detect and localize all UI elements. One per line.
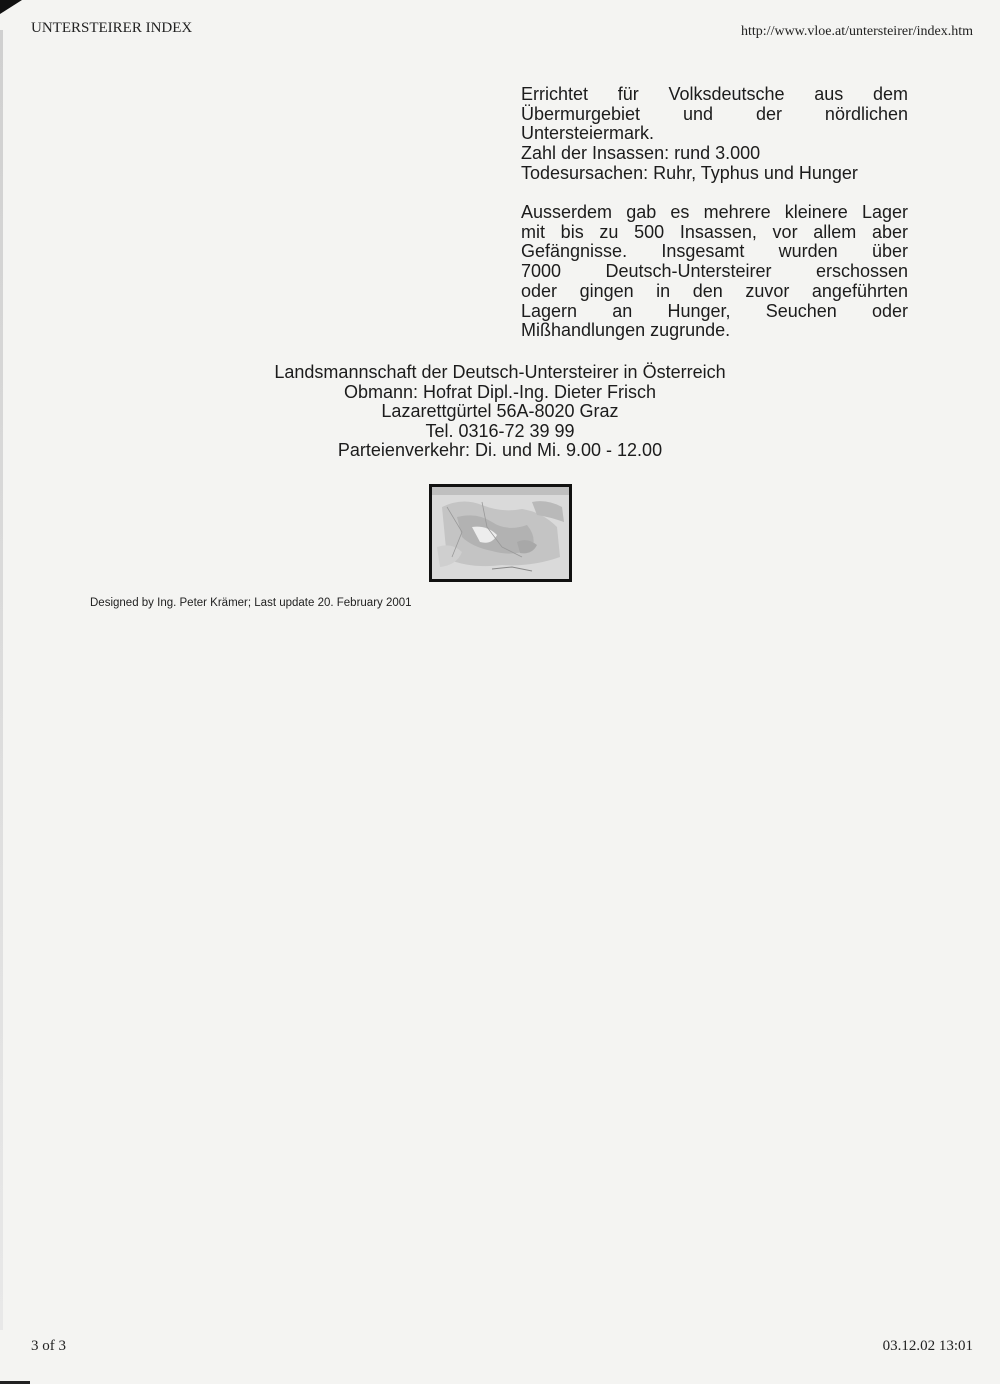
- print-timestamp: 03.12.02 13:01: [883, 1338, 973, 1355]
- inmate-count: Zahl der Insassen: rund 3.000: [521, 144, 908, 164]
- scan-edge-shadow: [0, 30, 3, 1330]
- map-thumbnail-icon: [432, 487, 569, 579]
- organization-name: Landsmannschaft der Deutsch-Untersteirer…: [200, 363, 800, 383]
- summary-paragraph: Ausserdem gab es mehrere kleinere Lager …: [521, 203, 908, 341]
- address: Lazarettgürtel 56A-8020 Graz: [200, 402, 800, 422]
- summary-line: 7000 Deutsch-Untersteirer erschossen: [521, 262, 908, 282]
- page-number: 3 of 3: [31, 1338, 66, 1355]
- camp-info-paragraph: Errichtet für Volksdeutsche aus dem Über…: [521, 85, 908, 184]
- credits-line: Designed by Ing. Peter Krämer; Last upda…: [90, 597, 412, 609]
- summary-line: Lagern an Hunger, Seuchen oder: [521, 302, 908, 322]
- print-header-title: UNTERSTEIRER INDEX: [31, 20, 192, 37]
- camp-info-line: Errichtet für Volksdeutsche aus dem: [521, 85, 908, 105]
- scan-corner-mark: [0, 0, 22, 14]
- camp-info-line: Übermurgebiet und der nördlichen: [521, 105, 908, 125]
- summary-line: Mißhandlungen zugrunde.: [521, 321, 908, 341]
- summary-line: oder gingen in den zuvor angeführten: [521, 282, 908, 302]
- summary-line: Gefängnisse. Insgesamt wurden über: [521, 242, 908, 262]
- phone: Tel. 0316-72 39 99: [200, 422, 800, 442]
- map-image-link[interactable]: [429, 484, 572, 582]
- office-hours: Parteienverkehr: Di. und Mi. 9.00 - 12.0…: [200, 441, 800, 461]
- print-header-url: http://www.vloe.at/untersteirer/index.ht…: [741, 24, 973, 40]
- contact-block: Landsmannschaft der Deutsch-Untersteirer…: [200, 363, 800, 461]
- chairman: Obmann: Hofrat Dipl.-Ing. Dieter Frisch: [200, 383, 800, 403]
- camp-info-line: Untersteiermark.: [521, 124, 908, 144]
- causes-of-death: Todesursachen: Ruhr, Typhus und Hunger: [521, 164, 908, 184]
- summary-line: mit bis zu 500 Insassen, vor allem aber: [521, 223, 908, 243]
- summary-line: Ausserdem gab es mehrere kleinere Lager: [521, 203, 908, 223]
